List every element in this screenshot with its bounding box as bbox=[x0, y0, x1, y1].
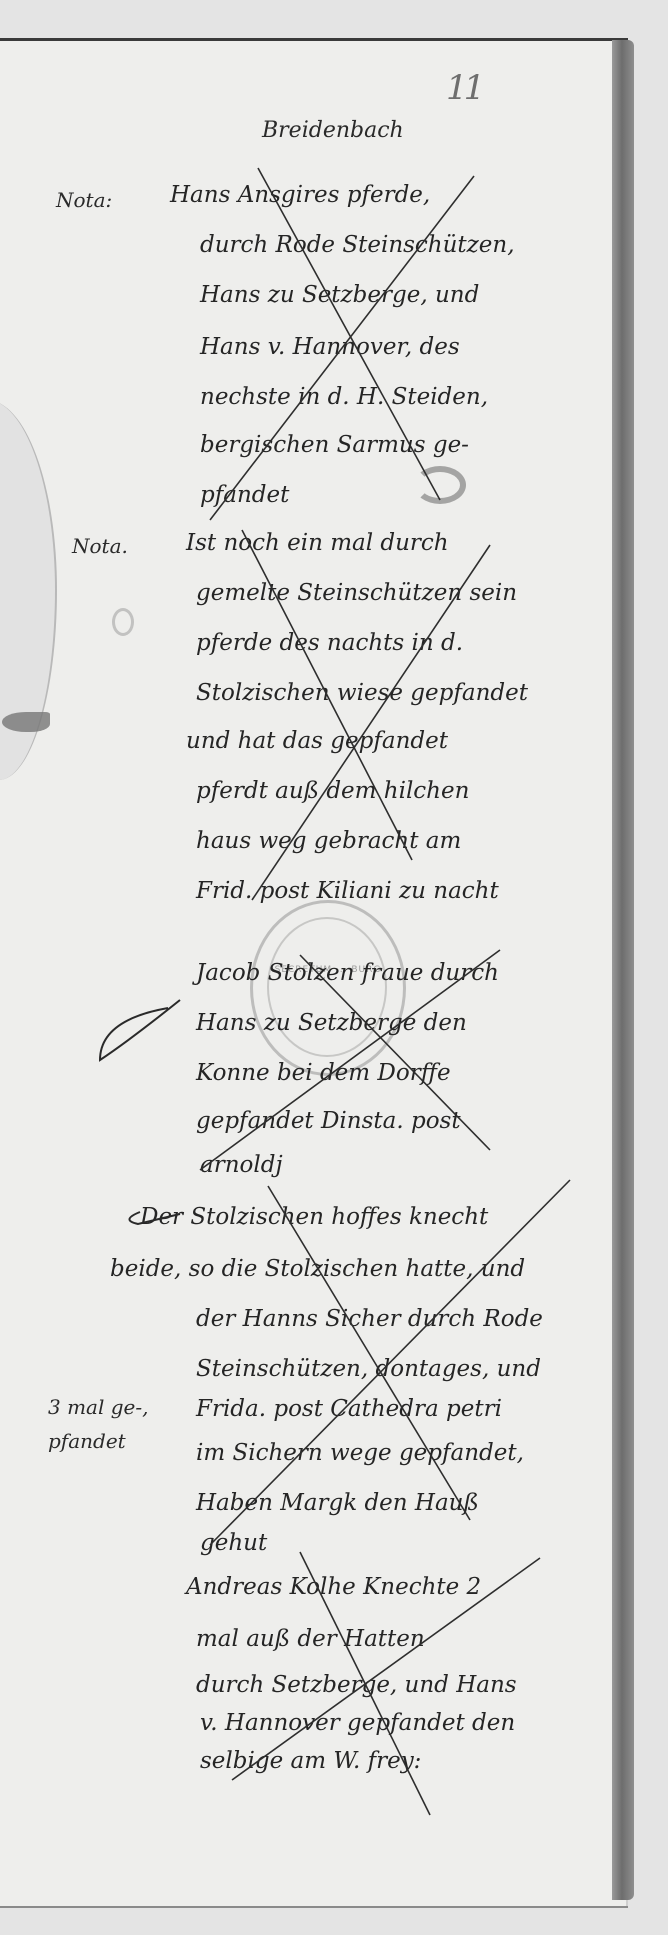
entry-3-line-2: Hans zu Setzberge den bbox=[196, 1010, 467, 1036]
ink-blot bbox=[414, 466, 466, 504]
entry-1-line-6: bergischen Sarmus ge- bbox=[200, 432, 469, 458]
margin-note-2: Nota. bbox=[72, 534, 128, 558]
entry-1-line-3: Hans zu Setzberge, und bbox=[200, 282, 479, 308]
entry-1-line-1: Hans Ansgires pferde, bbox=[170, 182, 430, 208]
entry-3-line-5: arnoldj bbox=[200, 1152, 283, 1178]
entry-4-line-2: beide, so die Stolzischen hatte, und bbox=[110, 1256, 525, 1282]
entry-4-line-7: Haben Margk den Hauß bbox=[196, 1490, 479, 1516]
entry-2-line-1: Ist noch ein mal durch bbox=[186, 530, 449, 556]
page-heading: Breidenbach bbox=[262, 118, 404, 143]
entry-3-line-4: gepfandet Dinsta. post bbox=[196, 1108, 461, 1134]
entry-5-line-4: v. Hannover gepfandet den bbox=[200, 1710, 515, 1736]
entry-2-line-3: pferde des nachts in d. bbox=[196, 630, 463, 656]
entry-5-line-3: durch Setzberge, und Hans bbox=[196, 1672, 517, 1698]
entry-2-line-7: haus weg gebracht am bbox=[196, 828, 461, 854]
stain-ring bbox=[112, 608, 134, 636]
entry-2-line-8: Frid. post Kiliani zu nacht bbox=[196, 878, 499, 904]
folio-number: 11 bbox=[446, 68, 481, 108]
entry-1-line-7: pfandet bbox=[200, 482, 289, 508]
entry-1-line-2: durch Rode Steinschützen, bbox=[200, 232, 515, 258]
entry-4-line-5: Frida. post Cathedra petri bbox=[196, 1396, 502, 1422]
entry-4-line-8: gehut bbox=[200, 1530, 267, 1556]
entry-4-line-6: im Sichern wege gepfandet, bbox=[196, 1440, 524, 1466]
entry-4-line-1: Der Stolzischen hoffes knecht bbox=[140, 1204, 488, 1230]
entry-2-line-4: Stolzischen wiese gepfandet bbox=[196, 680, 528, 706]
entry-3-line-1: Jacob Stolzen fraue durch bbox=[196, 960, 499, 986]
entry-5-line-2: mal auß der Hatten bbox=[196, 1626, 425, 1652]
entry-3-line-3: Konne bei dem Dorffe bbox=[196, 1060, 451, 1086]
archival-stamp: SECRETUM ... BURG bbox=[250, 900, 406, 1076]
entry-2-line-6: pferdt auß dem hilchen bbox=[196, 778, 469, 804]
margin-note-1: Nota: bbox=[56, 188, 112, 212]
entry-2-line-5: und hat das gepfandet bbox=[186, 728, 448, 754]
entry-1-line-4: Hans v. Hannover, des bbox=[200, 334, 460, 360]
paper-tear-shadow bbox=[2, 712, 50, 732]
entry-2-line-2: gemelte Steinschützen sein bbox=[196, 580, 517, 606]
page-edge bbox=[612, 40, 634, 1900]
entry-4-line-3: der Hanns Sicher durch Rode bbox=[196, 1306, 543, 1332]
entry-4-line-4: Steinschützen, dontages, und bbox=[196, 1356, 541, 1382]
entry-5-line-1: Andreas Kolhe Knechte 2 bbox=[186, 1574, 481, 1600]
entry-5-line-5: selbige am W. frey: bbox=[200, 1748, 421, 1774]
stamp-inner-ring bbox=[267, 917, 387, 1057]
margin-note-3: 3 mal ge-, pfandet bbox=[48, 1390, 158, 1458]
entry-1-line-5: nechste in d. H. Steiden, bbox=[200, 384, 488, 410]
